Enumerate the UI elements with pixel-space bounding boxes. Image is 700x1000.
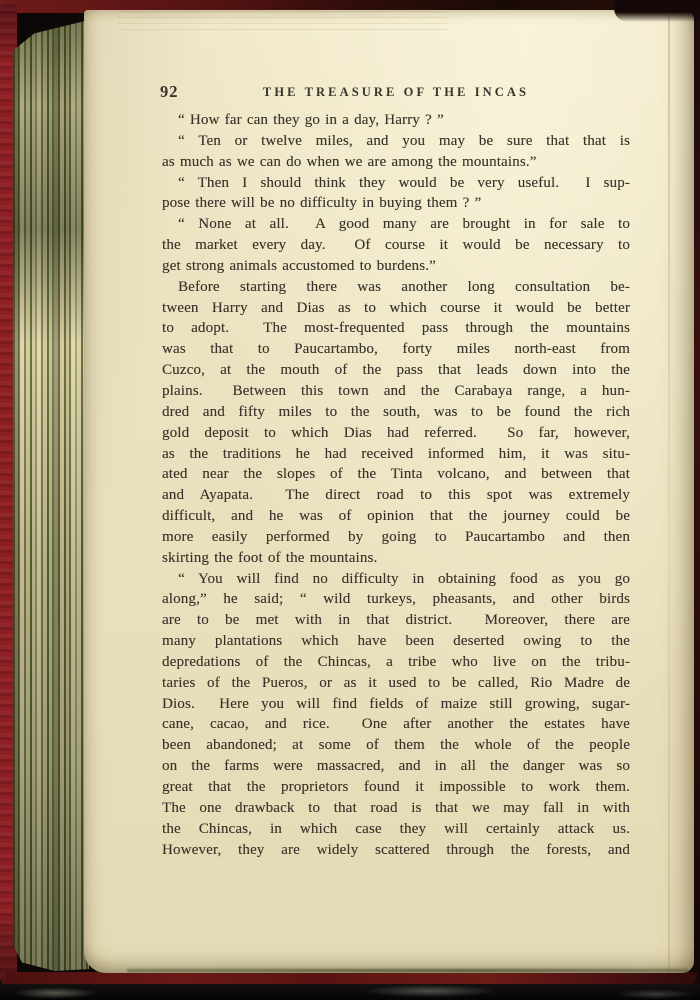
paragraph: “ None at all. A good many are brought i… (162, 214, 630, 277)
paragraph: “ You will find no difficulty in obtaini… (162, 569, 630, 861)
top-right-shadow (614, 0, 700, 22)
book-cover-right-edge (693, 0, 700, 1000)
text-line: along,” he said; “ wild turkeys, pheasan… (162, 589, 630, 610)
text-line: been abandoned; at some of them the whol… (162, 735, 630, 756)
background-shadow (0, 984, 700, 1000)
text-line: ated near the slopes of the Tinta volcan… (162, 464, 630, 485)
text-line: “ Ten or twelve miles, and you may be su… (162, 131, 630, 152)
text-line: more easily performed by going to Paucar… (162, 527, 630, 548)
text-line: difficult, and he was of opinion that th… (162, 506, 630, 527)
text-line: as much as we can do when we are among t… (162, 152, 630, 173)
text-line: Before starting there was another long c… (162, 277, 630, 298)
text-line: pose there will be no difficulty in buyi… (162, 193, 630, 214)
text-line: get strong animals accustomed to burdens… (162, 256, 630, 277)
text-line: taries of the Pueros, or as it used to b… (162, 673, 630, 694)
text-line: the market every day. Of course it would… (162, 235, 630, 256)
text-line: Dios. Here you will find fields of maize… (162, 694, 630, 715)
text-line: tween Harry and Dias as to which course … (162, 298, 630, 319)
text-line: “ None at all. A good many are brought i… (162, 214, 630, 235)
paragraph: “ Ten or twelve miles, and you may be su… (162, 131, 630, 173)
text-line: are to be met with in that district. Mor… (162, 610, 630, 631)
text-line: “ Then I should think they would be very… (162, 173, 630, 194)
text-line: skirting the foot of the mountains. (162, 548, 630, 569)
running-title: THE TREASURE OF THE INCAS (263, 85, 529, 100)
text-line: The one drawback to that road is that we… (162, 798, 630, 819)
paragraph: “ How far can they go in a day, Harry ? … (162, 110, 630, 131)
text-line: dred and fifty miles to the south, was t… (162, 402, 630, 423)
page-number: 92 (160, 82, 179, 102)
page-text: “ How far can they go in a day, Harry ? … (162, 110, 630, 860)
text-line: “ How far can they go in a day, Harry ? … (162, 110, 630, 131)
text-line: many plantations which have been deserte… (162, 631, 630, 652)
text-line: gold deposit to which Dias had referred.… (162, 423, 630, 444)
fanned-page-edges (13, 20, 89, 972)
paragraph: “ Then I should think they would be very… (162, 173, 630, 215)
page-bottom-smudge (127, 969, 688, 972)
text-line: was that to Paucartambo, forty miles nor… (162, 339, 630, 360)
text-line: great that the proprietors found it impo… (162, 777, 630, 798)
text-line: and Ayapata. The direct road to this spo… (162, 485, 630, 506)
text-line: “ You will find no difficulty in obtaini… (162, 569, 630, 590)
book-scan: 92 THE TREASURE OF THE INCAS “ How far c… (0, 0, 700, 1000)
book-page: 92 THE TREASURE OF THE INCAS “ How far c… (84, 10, 694, 973)
paragraph: Before starting there was another long c… (162, 277, 630, 569)
text-line: plains. Between this town and the Caraba… (162, 381, 630, 402)
text-line: the Chincas, in which case they will cer… (162, 819, 630, 840)
text-line: depredations of the Chincas, a tribe who… (162, 652, 630, 673)
text-line: on the farms were massacred, and in all … (162, 756, 630, 777)
text-line: as the traditions he had received inform… (162, 444, 630, 465)
text-line: However, they are widely scattered throu… (162, 840, 630, 861)
text-line: to adopt. The most-frequented pass throu… (162, 318, 630, 339)
page-top-edge-lines (118, 11, 448, 35)
page-curl-crease (668, 10, 670, 973)
text-line: cane, cacao, and rice. One after another… (162, 714, 630, 735)
text-line: Cuzco, at the mouth of the pass that lea… (162, 360, 630, 381)
page-header: 92 THE TREASURE OF THE INCAS (162, 82, 630, 102)
